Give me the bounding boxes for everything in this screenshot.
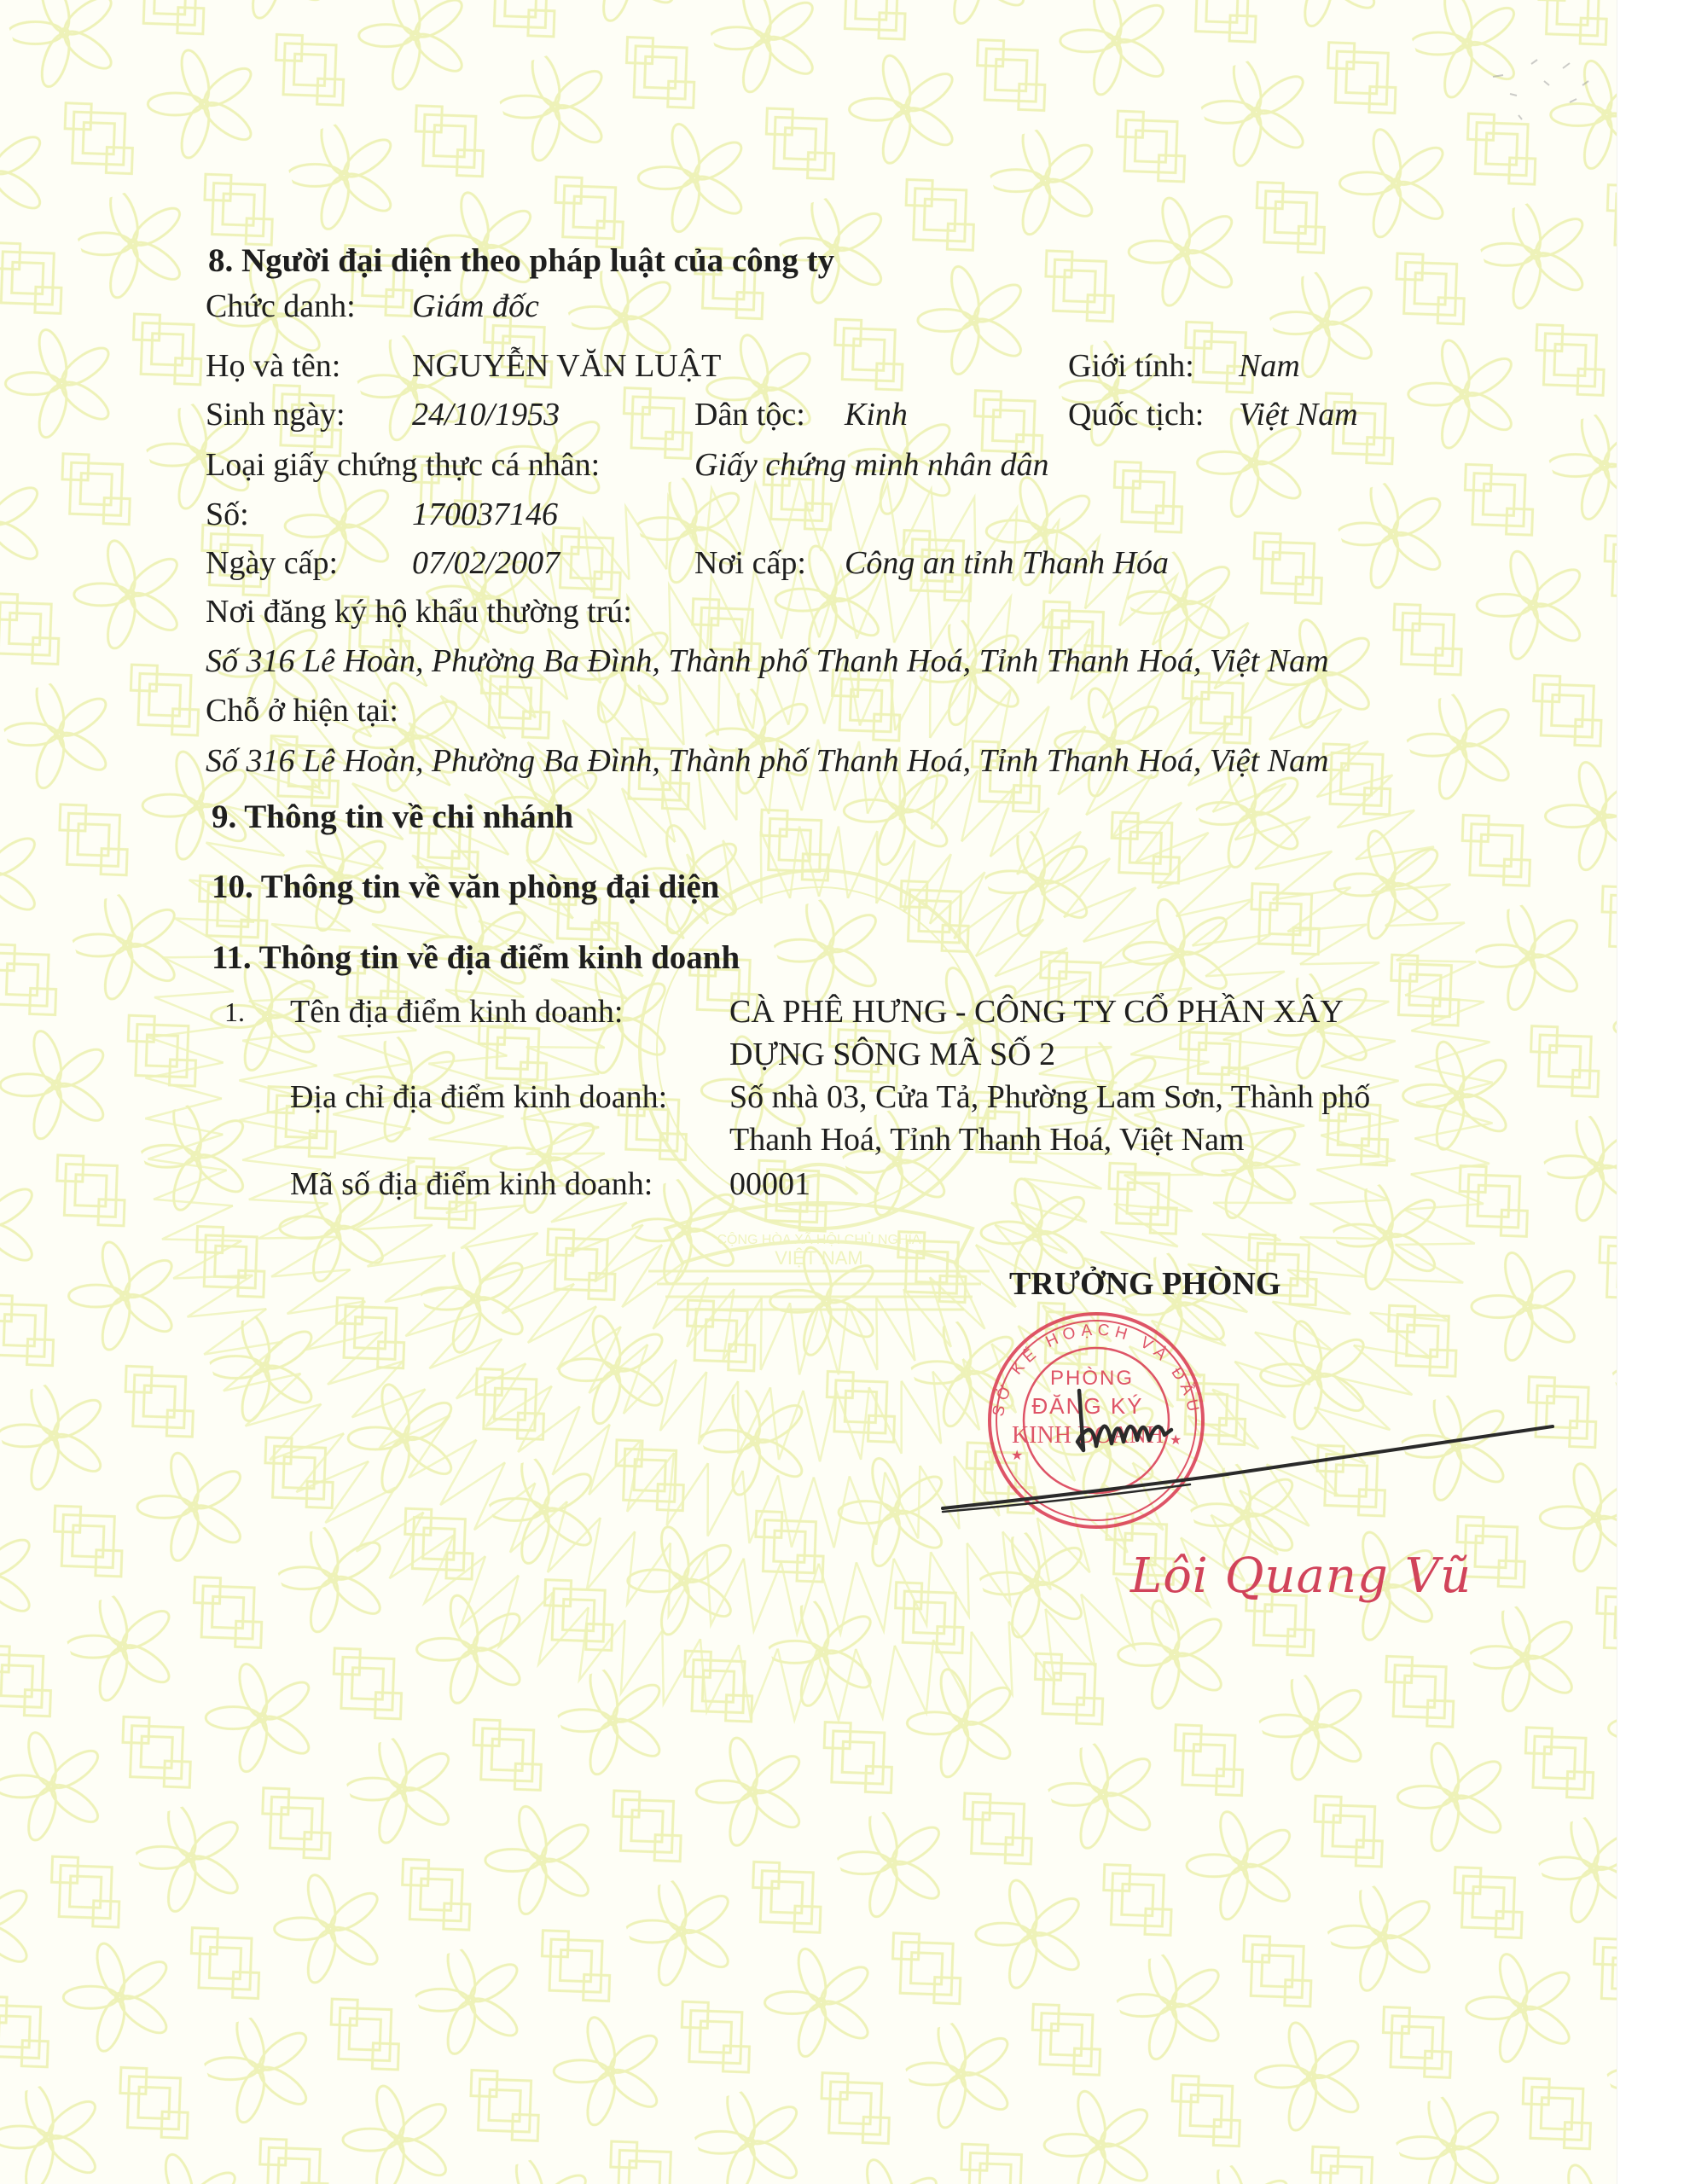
section-8-heading: 8. Người đại diện theo pháp luật của côn… — [208, 241, 834, 281]
issue-place-label: Nơi cấp: — [694, 543, 806, 583]
section-9-heading: 9. Thông tin về chi nhánh — [212, 798, 573, 837]
signature-title: TRƯỞNG PHÒNG — [1009, 1264, 1280, 1304]
gender-label: Giới tính: — [1068, 346, 1194, 386]
current-address-label: Chỗ ở hiện tại: — [206, 691, 398, 730]
issue-date-label: Ngày cấp: — [206, 543, 338, 583]
id-number-value: 170037146 — [412, 495, 558, 534]
location-name-line1: CÀ PHÊ HƯNG - CÔNG TY CỔ PHẦN XÂY — [729, 992, 1344, 1031]
section-11-heading: 11. Thông tin về địa điểm kinh doanh — [212, 938, 740, 978]
dob-label: Sinh ngày: — [206, 395, 346, 434]
ethnicity-label: Dân tộc: — [694, 395, 805, 434]
location-name-line2: DỰNG SÔNG MÃ SỐ 2 — [729, 1035, 1055, 1074]
id-type-label: Loại giấy chứng thực cá nhân: — [206, 445, 600, 485]
location-name-label: Tên địa điểm kinh doanh: — [290, 992, 623, 1031]
svg-text:VIỆT NAM: VIỆT NAM — [775, 1247, 863, 1269]
current-address-value: Số 316 Lê Hoàn, Phường Ba Đình, Thành ph… — [206, 741, 1329, 781]
handwritten-signature-icon — [934, 1374, 1565, 1519]
name-label: Họ và tên: — [206, 346, 340, 386]
location-address-line2: Thanh Hoá, Tỉnh Thanh Hoá, Việt Nam — [729, 1120, 1245, 1159]
title-value: Giám đốc — [412, 287, 539, 326]
gender-value: Nam — [1239, 346, 1300, 386]
title-label: Chức danh: — [206, 287, 356, 326]
scan-artifact — [1484, 34, 1604, 136]
id-type-value: Giấy chứng minh nhân dân — [694, 445, 1048, 485]
section-10-heading: 10. Thông tin về văn phòng đại diện — [212, 868, 719, 907]
permanent-address-label: Nơi đăng ký hộ khẩu thường trú: — [206, 592, 632, 631]
document-page: CỘNG HÒA XÃ HỘI CHỦ NGHĨA VIỆT NAM 8. Ng… — [0, 0, 1617, 2184]
name-value: NGUYỄN VĂN LUẬT — [412, 346, 721, 386]
nationality-value: Việt Nam — [1239, 395, 1358, 434]
issue-date-value: 07/02/2007 — [412, 543, 560, 583]
location-index: 1. — [224, 992, 245, 1031]
permanent-address-value: Số 316 Lê Hoàn, Phường Ba Đình, Thành ph… — [206, 642, 1329, 681]
page-margin — [1617, 0, 1684, 2184]
id-number-label: Số: — [206, 495, 249, 534]
nationality-label: Quốc tịch: — [1068, 395, 1204, 434]
issue-place-value: Công an tỉnh Thanh Hóa — [845, 543, 1169, 583]
svg-text:CỘNG HÒA XÃ HỘI CHỦ NGHĨA: CỘNG HÒA XÃ HỘI CHỦ NGHĨA — [717, 1230, 920, 1247]
signer-name: Lôi Quang Vũ — [1130, 1548, 1472, 1604]
location-address-label: Địa chỉ địa điểm kinh doanh: — [290, 1077, 667, 1117]
location-code-label: Mã số địa điểm kinh doanh: — [290, 1165, 653, 1204]
dob-value: 24/10/1953 — [412, 395, 560, 434]
location-code-value: 00001 — [729, 1165, 810, 1204]
ethnicity-value: Kinh — [845, 395, 908, 434]
location-address-line1: Số nhà 03, Cửa Tả, Phường Lam Sơn, Thành… — [729, 1077, 1370, 1117]
